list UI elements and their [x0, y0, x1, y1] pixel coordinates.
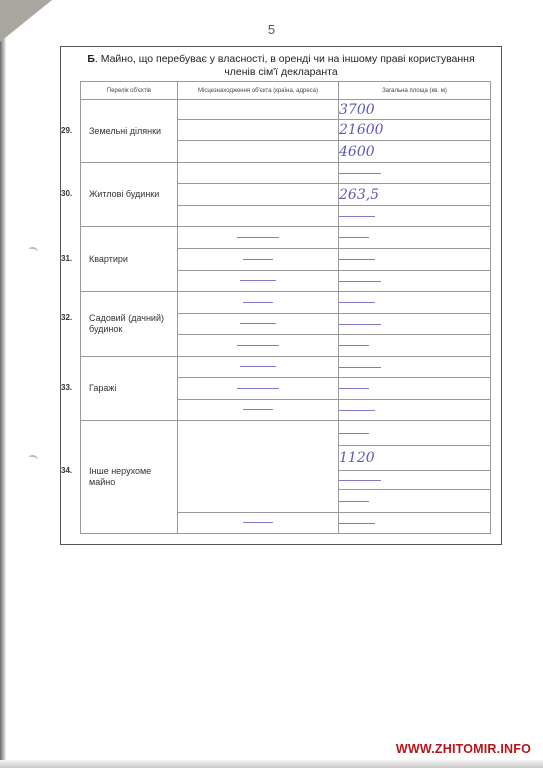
scan-bottom-edge — [0, 760, 543, 768]
handwritten-dash — [243, 409, 273, 410]
location-cell — [178, 100, 339, 120]
location-cell — [178, 314, 339, 335]
location-cell — [178, 184, 339, 206]
table-row: 30.Житлові будинки — [81, 163, 491, 184]
handwritten-dash — [240, 366, 276, 367]
area-cell — [339, 513, 491, 534]
handwritten-dash — [339, 302, 375, 303]
handwritten-dash — [243, 522, 273, 523]
category-label: Садовий (дачний) будинок — [81, 313, 177, 335]
area-cell — [339, 335, 491, 357]
area-cell — [339, 378, 491, 400]
table-row: 33.Гаражі — [81, 357, 491, 378]
category-cell: 34.Інше нерухоме майно — [81, 421, 178, 534]
location-cell — [178, 163, 339, 184]
category-label: Квартири — [81, 254, 177, 265]
section-letter: Б — [87, 53, 95, 65]
location-cell — [178, 227, 339, 249]
table-row: 29.Земельні ділянки3700 — [81, 100, 491, 120]
area-cell — [339, 421, 491, 446]
area-cell — [339, 271, 491, 292]
category-cell: 31.Квартири — [81, 227, 178, 292]
category-label: Гаражі — [81, 383, 177, 394]
page-number: 5 — [0, 22, 543, 37]
table-row: 31.Квартири — [81, 227, 491, 249]
area-cell — [339, 206, 491, 227]
handwritten-dash — [237, 237, 279, 238]
area-cell: 1120 — [339, 446, 491, 471]
handwritten-dash — [339, 324, 381, 325]
location-cell — [178, 292, 339, 314]
location-cell — [178, 335, 339, 357]
site-watermark: WWW.ZHITOMIR.INFO — [396, 742, 531, 756]
handwritten-dash — [240, 280, 276, 281]
handwritten-dash — [237, 388, 279, 389]
location-cell — [178, 421, 339, 513]
handwritten-dash — [339, 501, 369, 502]
header-objects: Перелік об'єктів — [81, 82, 178, 100]
category-label: Інше нерухоме майно — [81, 466, 177, 488]
category-number: 30. — [61, 189, 72, 198]
table-header-row: Перелік об'єктів Місцезнаходження об'єкт… — [81, 82, 491, 100]
handwritten-dash — [243, 302, 273, 303]
area-cell — [339, 357, 491, 378]
property-table: Перелік об'єктів Місцезнаходження об'єкт… — [80, 81, 491, 534]
area-cell — [339, 471, 491, 490]
handwritten-dash — [339, 216, 375, 217]
category-number: 33. — [61, 383, 72, 392]
area-cell: 263,5 — [339, 184, 491, 206]
location-cell — [178, 271, 339, 292]
handwritten-dash — [339, 388, 369, 389]
handwritten-dash — [240, 323, 276, 324]
handwritten-dash — [339, 237, 369, 238]
area-cell: 21600 — [339, 120, 491, 141]
table-row: 34.Інше нерухоме майно — [81, 421, 491, 446]
punch-hole-mark — [27, 246, 38, 256]
handwritten-dash — [243, 259, 273, 260]
location-cell — [178, 249, 339, 271]
category-cell: 33.Гаражі — [81, 357, 178, 421]
handwritten-dash — [339, 281, 381, 282]
section-title-line2: членів сім'ї декларанта — [224, 66, 337, 78]
area-cell — [339, 400, 491, 421]
area-cell — [339, 490, 491, 513]
location-cell — [178, 513, 339, 534]
area-cell: 3700 — [339, 100, 491, 120]
handwritten-dash — [339, 345, 369, 346]
scan-edge-shadow — [0, 0, 6, 768]
section-title: Б. Майно, що перебуває у власності, в ор… — [60, 53, 502, 79]
header-location: Місцезнаходження об'єкта (країна, адреса… — [178, 82, 339, 100]
area-cell: 4600 — [339, 141, 491, 163]
category-number: 32. — [61, 313, 72, 322]
location-cell — [178, 120, 339, 141]
area-cell — [339, 314, 491, 335]
category-number: 31. — [61, 254, 72, 263]
handwritten-dash — [339, 480, 381, 481]
location-cell — [178, 378, 339, 400]
handwritten-dash — [339, 433, 369, 434]
category-cell: 30.Житлові будинки — [81, 163, 178, 227]
category-label: Земельні ділянки — [81, 126, 177, 137]
handwritten-dash — [339, 173, 381, 174]
handwritten-dash — [339, 259, 375, 260]
category-number: 34. — [61, 466, 72, 475]
area-cell — [339, 227, 491, 249]
location-cell — [178, 141, 339, 163]
handwritten-dash — [339, 410, 375, 411]
handwritten-dash — [237, 345, 279, 346]
handwritten-dash — [339, 367, 381, 368]
location-cell — [178, 400, 339, 421]
category-number: 29. — [61, 126, 72, 135]
punch-hole-mark — [27, 454, 38, 464]
area-cell — [339, 163, 491, 184]
category-cell: 32.Садовий (дачний) будинок — [81, 292, 178, 357]
location-cell — [178, 357, 339, 378]
table-row: 32.Садовий (дачний) будинок — [81, 292, 491, 314]
area-cell — [339, 292, 491, 314]
header-area: Загальна площа (кв. м) — [339, 82, 491, 100]
category-cell: 29.Земельні ділянки — [81, 100, 178, 163]
area-cell — [339, 249, 491, 271]
handwritten-dash — [339, 523, 375, 524]
section-title-line1: . Майно, що перебуває у власності, в оре… — [95, 53, 475, 65]
location-cell — [178, 206, 339, 227]
category-label: Житлові будинки — [81, 189, 177, 200]
